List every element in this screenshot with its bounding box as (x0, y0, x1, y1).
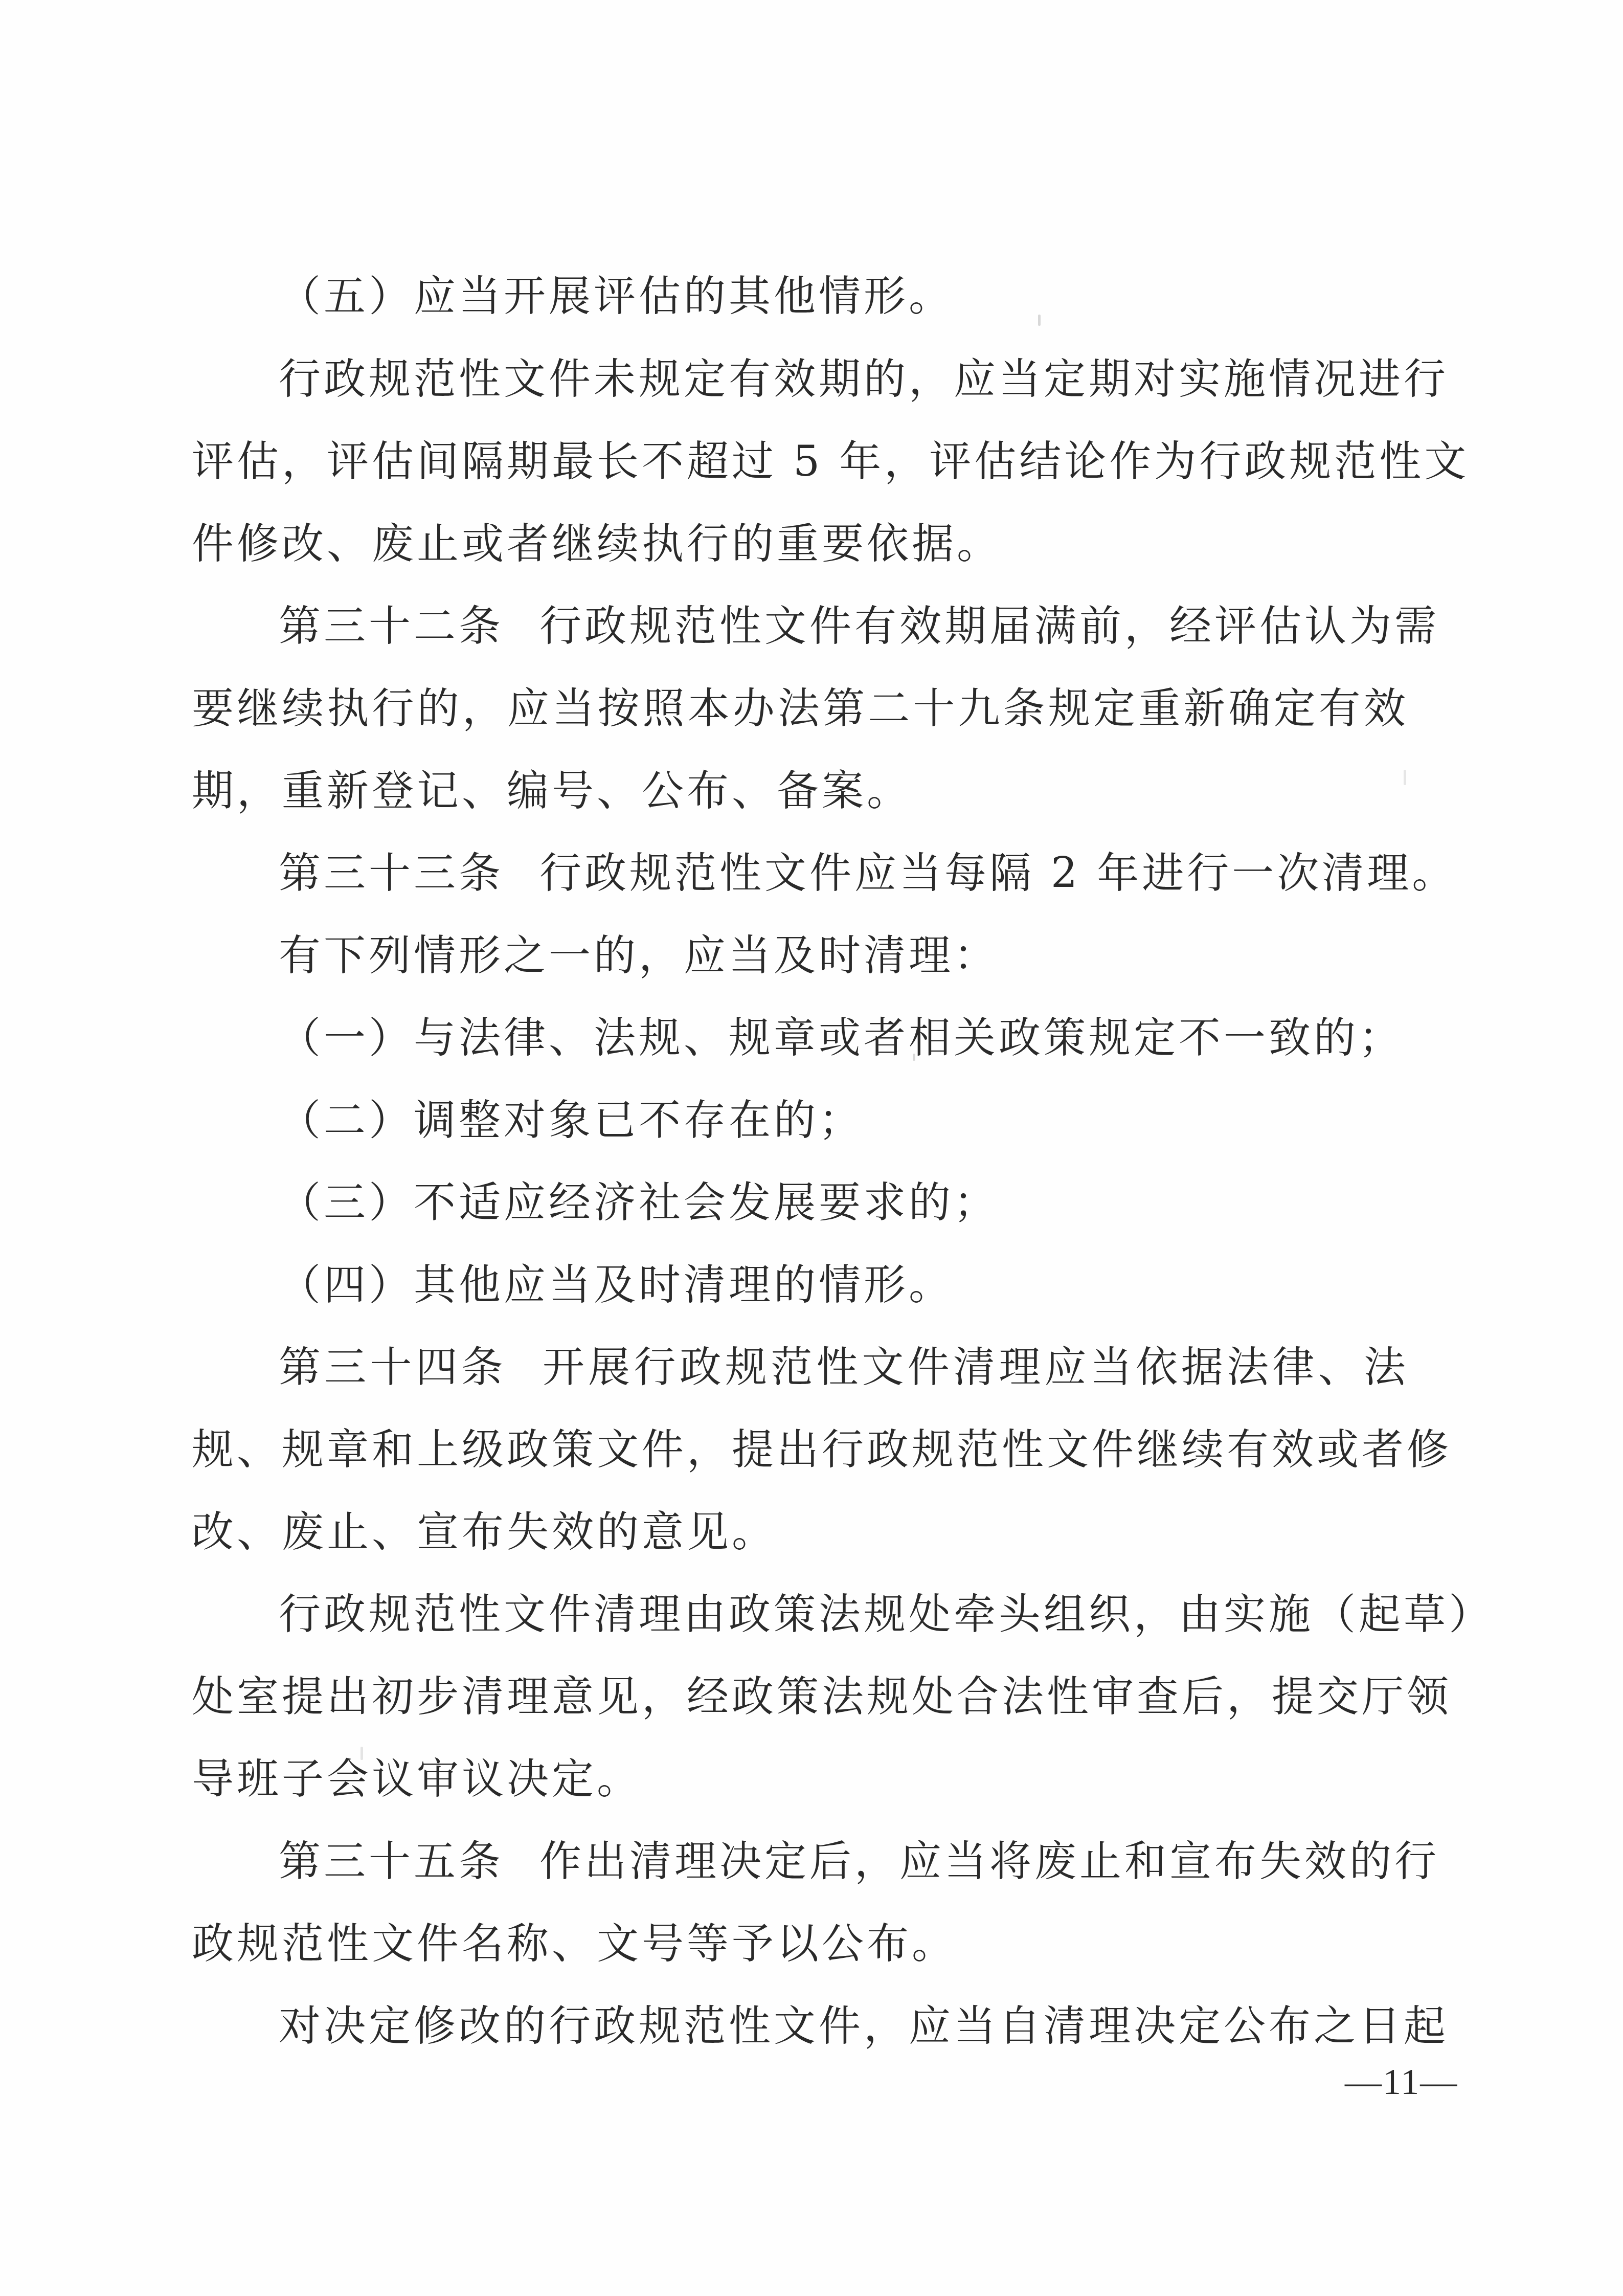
line-text: 期，重新登记、编号、公布、备案。 (192, 767, 912, 815)
line-text: 导班子会议审议决定。 (192, 1755, 642, 1803)
list-item-1: （一）与法律、法规、规章或者相关政策规定不一致的； (279, 1008, 1409, 1069)
article-title: 第三十三条 (279, 849, 504, 898)
line-text: （一）与法律、法规、规章或者相关政策规定不一致的； (279, 1014, 1404, 1062)
line-text: 对决定修改的行政规范性文件，应当自清理决定公布之日起 (279, 2002, 1449, 2050)
article-title: 第三十二条 (279, 602, 504, 651)
paragraph-line: 行政规范性文件清理由政策法规处牵头组织，由实施（起草） (279, 1584, 1409, 1645)
article-33-line: 第三十三条行政规范性文件应当每隔 2 年进行一次清理。 (279, 843, 1409, 904)
line-text: 件修改、废止或者继续执行的重要依据。 (192, 520, 1002, 568)
line-text: 改、废止、宣布失效的意见。 (192, 1508, 777, 1556)
article-35-line: 第三十五条作出清理决定后，应当将废止和宣布失效的行 (279, 1831, 1409, 1892)
document-page: （五）应当开展评估的其他情形。 行政规范性文件未规定有效期的，应当定期对实施情况… (0, 0, 1623, 2296)
list-item-4: （四）其他应当及时清理的情形。 (279, 1255, 1409, 1316)
line-text: 行政规范性文件未规定有效期的，应当定期对实施情况进行 (279, 355, 1449, 404)
line-text: 评估，评估间隔期最长不超过 5 年，评估结论作为行政规范性文 (192, 437, 1469, 486)
paragraph-line: 期，重新登记、编号、公布、备案。 (192, 761, 1409, 822)
line-text: （五）应当开展评估的其他情形。 (279, 272, 954, 321)
line-text: 行政规范性文件清理由政策法规处牵头组织，由实施（起草） (279, 1590, 1494, 1639)
line-text: 有下列情形之一的，应当及时清理： (279, 931, 999, 980)
article-title: 第三十四条 (279, 1343, 507, 1392)
line-text: 规、规章和上级政策文件，提出行政规范性文件继续有效或者修 (192, 1425, 1452, 1474)
paragraph-line: 件修改、废止或者继续执行的重要依据。 (192, 514, 1409, 575)
line-text: 行政规范性文件应当每隔 2 年进行一次清理。 (539, 849, 1457, 898)
list-item-5: （五）应当开展评估的其他情形。 (279, 266, 1409, 327)
scan-artifact (1038, 315, 1041, 326)
line-text: 政规范性文件名称、文号等予以公布。 (192, 1920, 957, 1968)
line-text: 处室提出初步清理意见，经政策法规处合法性审查后，提交厅领 (192, 1673, 1452, 1721)
paragraph-line: 处室提出初步清理意见，经政策法规处合法性审查后，提交厅领 (192, 1666, 1409, 1728)
paragraph-line: 导班子会议审议决定。 (192, 1749, 1409, 1810)
line-text: 要继续执行的，应当按照本办法第二十九条规定重新确定有效 (192, 684, 1409, 733)
list-item-3: （三）不适应经济社会发展要求的； (279, 1172, 1409, 1234)
line-text: 开展行政规范性文件清理应当依据法律、法 (543, 1343, 1409, 1392)
scan-artifact (360, 1747, 363, 1760)
article-32-line: 第三十二条行政规范性文件有效期届满前，经评估认为需 (279, 596, 1409, 657)
line-text: （二）调整对象已不存在的； (279, 1096, 864, 1145)
scan-artifact (913, 1054, 915, 1061)
paragraph-line: 规、规章和上级政策文件，提出行政规范性文件继续有效或者修 (192, 1419, 1409, 1481)
scan-artifact (1404, 770, 1406, 785)
paragraph-line: 有下列情形之一的，应当及时清理： (279, 925, 1409, 987)
line-text: 行政规范性文件有效期届满前，经评估认为需 (539, 602, 1439, 651)
paragraph-line: 对决定修改的行政规范性文件，应当自清理决定公布之日起 (279, 1996, 1409, 2057)
paragraph-line: 改、废止、宣布失效的意见。 (192, 1502, 1409, 1563)
article-34-line: 第三十四条开展行政规范性文件清理应当依据法律、法 (279, 1337, 1409, 1398)
list-item-2: （二）调整对象已不存在的； (279, 1090, 1409, 1151)
article-title: 第三十五条 (279, 1837, 504, 1886)
paragraph-line: 评估，评估间隔期最长不超过 5 年，评估结论作为行政规范性文 (192, 431, 1409, 493)
paragraph-line: 要继续执行的，应当按照本办法第二十九条规定重新确定有效 (192, 678, 1409, 740)
line-text: （三）不适应经济社会发展要求的； (279, 1178, 999, 1227)
paragraph-line: 政规范性文件名称、文号等予以公布。 (192, 1913, 1409, 1975)
paragraph-line: 行政规范性文件未规定有效期的，应当定期对实施情况进行 (279, 349, 1409, 410)
line-text: （四）其他应当及时清理的情形。 (279, 1261, 954, 1309)
page-number: —11— (1345, 2059, 1458, 2105)
line-text: 作出清理决定后，应当将废止和宣布失效的行 (539, 1837, 1439, 1886)
